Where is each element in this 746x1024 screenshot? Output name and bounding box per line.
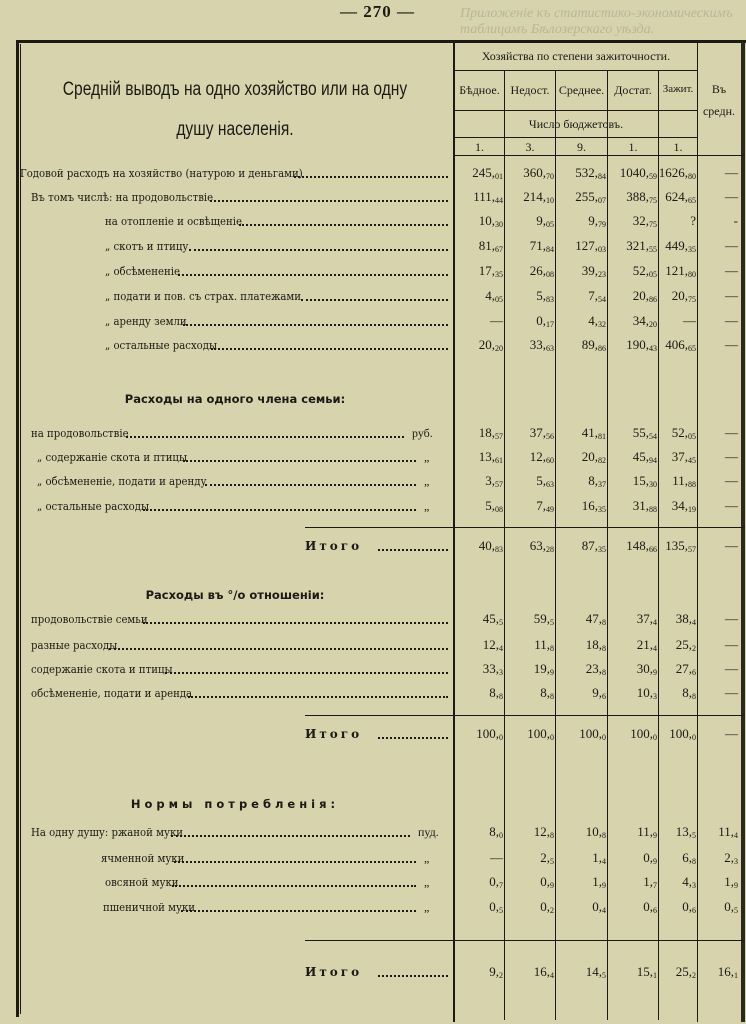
decimal-subscript: 8	[602, 668, 606, 677]
decimal-subscript: 54	[649, 432, 657, 441]
table-cell: 1,9	[724, 874, 738, 890]
table-cell: 19,9	[534, 661, 554, 677]
decimal-subscript: 8	[550, 692, 554, 701]
budget-count: 1.	[608, 140, 658, 155]
column-header-insufficient: Недост.	[505, 83, 555, 98]
table-cell: 111,44	[473, 189, 503, 205]
unit-label: пуд.	[418, 825, 439, 840]
table-cell: —	[725, 611, 738, 627]
table-cell: —	[725, 263, 738, 279]
decimal-subscript: 20	[649, 320, 657, 329]
unit-label: „	[424, 474, 429, 489]
decimal-subscript: 17	[546, 320, 554, 329]
table-cell: 4,32	[588, 313, 606, 329]
table-cell: 18,57	[479, 425, 503, 441]
total-rule	[305, 715, 745, 716]
table-cell: —	[490, 313, 503, 329]
decimal-subscript: 79	[598, 220, 606, 229]
header-rule	[455, 155, 745, 156]
table-cell: 20,82	[582, 449, 606, 465]
decimal-subscript: 56	[546, 432, 554, 441]
decimal-subscript: 65	[688, 196, 696, 205]
table-cell: —	[490, 850, 503, 866]
table-cell: —	[725, 449, 738, 465]
unit-label: руб.	[412, 426, 433, 441]
decimal-subscript: 57	[495, 432, 503, 441]
decimal-subscript: 45	[688, 456, 696, 465]
unit-label: „	[424, 900, 429, 915]
table-cell: 34,19	[672, 498, 696, 514]
decimal-subscript: 9	[550, 668, 554, 677]
table-cell: 30,9	[637, 661, 657, 677]
table-cell: 33,63	[530, 337, 554, 353]
decimal-subscript: 05	[688, 432, 696, 441]
leader-dots	[183, 450, 416, 462]
total-cell: 100,0	[630, 726, 657, 742]
leader-dots	[211, 338, 448, 350]
table-cell: 16,35	[582, 498, 606, 514]
decimal-subscript: 0	[499, 733, 503, 742]
row-label: „ обсѣмененіе, подати и аренду	[37, 474, 206, 488]
decimal-subscript: 2	[692, 644, 696, 653]
section-heading: Расходы въ °/о отношеніи:	[20, 588, 450, 602]
decimal-subscript: 05	[649, 270, 657, 279]
decimal-subscript: 8	[602, 644, 606, 653]
table-cell: 33,3	[483, 661, 503, 677]
table-cell: 8,8	[489, 685, 503, 701]
decimal-subscript: 82	[598, 456, 606, 465]
decimal-subscript: 4	[602, 857, 606, 866]
table-cell: 45,94	[633, 449, 657, 465]
decimal-subscript: 70	[546, 172, 554, 181]
table-cell: —	[725, 238, 738, 254]
table-cell: 15,30	[633, 473, 657, 489]
decimal-subscript: 30	[649, 480, 657, 489]
decimal-subscript: 88	[688, 480, 696, 489]
table-cell: 20,20	[479, 337, 503, 353]
unit-label: „	[424, 499, 429, 514]
column-divider	[607, 70, 608, 1020]
decimal-subscript: 84	[598, 172, 606, 181]
decimal-subscript: 0	[692, 733, 696, 742]
leader-dots	[174, 851, 416, 863]
decimal-subscript: 65	[688, 344, 696, 353]
decimal-subscript: 6	[602, 692, 606, 701]
row-label: На одну душу: ржаной муки	[31, 825, 183, 839]
table-cell: 11,88	[672, 473, 696, 489]
table-cell: 12,60	[530, 449, 554, 465]
leader-dots	[239, 214, 448, 226]
decimal-subscript: 01	[495, 172, 503, 181]
table-cell: 10,3	[637, 685, 657, 701]
table-cell: 360,70	[523, 165, 554, 181]
decimal-subscript: 0	[499, 831, 503, 840]
table-cell: —	[725, 685, 738, 701]
leader-dots	[189, 239, 448, 251]
leader-dots	[205, 474, 416, 486]
decimal-subscript: 66	[649, 545, 657, 554]
decimal-subscript: 20	[495, 344, 503, 353]
table-cell: —	[725, 288, 738, 304]
decimal-subscript: 4	[499, 644, 503, 653]
decimal-subscript: 2	[499, 971, 503, 980]
row-label: „ обсѣмененіе	[105, 264, 180, 278]
unit-label: „	[424, 450, 429, 465]
table-cell: 127,03	[575, 238, 606, 254]
decimal-subscript: 03	[598, 245, 606, 254]
table-cell: 21,4	[637, 637, 657, 653]
row-label: содержаніе скота и птицы	[31, 662, 173, 676]
table-cell: 255,07	[575, 189, 606, 205]
leader-dots	[378, 539, 448, 551]
leader-dots	[171, 825, 410, 837]
table-cell: 532,84	[575, 165, 606, 181]
table-cell: 5,63	[536, 473, 554, 489]
table-cell: 5,83	[536, 288, 554, 304]
decimal-subscript: 44	[495, 196, 503, 205]
table-cell: 38,4	[676, 611, 696, 627]
bleed-through-text: Приложеніе къ статистико-экономическимъ …	[460, 6, 740, 38]
total-label: Итого	[305, 727, 362, 741]
column-header-poor: Бѣдное.	[455, 83, 504, 98]
decimal-subscript: 88	[649, 505, 657, 514]
column-header-middle: Среднее.	[556, 83, 607, 98]
total-label: Итого	[305, 965, 362, 979]
leader-dots	[183, 314, 448, 326]
table-cell: 59,5	[534, 611, 554, 627]
decimal-subscript: 08	[495, 505, 503, 514]
row-label: на отопленіе и освѣщеніе	[105, 214, 242, 228]
table-cell: 71,84	[530, 238, 554, 254]
table-cell: 190,43	[626, 337, 657, 353]
table-cell: 13,61	[479, 449, 503, 465]
decimal-subscript: 05	[546, 220, 554, 229]
table-cell: 7,49	[536, 498, 554, 514]
total-cell: 16,1	[718, 964, 738, 980]
total-rule	[305, 940, 745, 941]
total-cell: 87,35	[582, 538, 606, 554]
leader-dots	[210, 190, 448, 202]
decimal-subscript: 35	[495, 270, 503, 279]
table-cell: —	[725, 313, 738, 329]
row-label: „ аренду земли	[105, 314, 187, 328]
table-cell: —	[683, 313, 696, 329]
decimal-subscript: 83	[546, 295, 554, 304]
decimal-subscript: 4	[653, 644, 657, 653]
group-header: Хозяйства по степени зажиточности.	[455, 49, 697, 64]
page-number: — 270 —	[340, 2, 415, 22]
decimal-subscript: 7	[499, 881, 503, 890]
table-cell: 32,75	[633, 213, 657, 229]
table-cell: 37,45	[672, 449, 696, 465]
decimal-subscript: 8	[550, 644, 554, 653]
decimal-subscript: 30	[495, 220, 503, 229]
unit-label: „	[424, 875, 429, 890]
table-cell: 9,05	[536, 213, 554, 229]
table-cell: 4,3	[682, 874, 696, 890]
row-label: на продовольствіе	[31, 426, 129, 440]
row-label: „ скотъ и птицу	[105, 239, 188, 253]
column-divider	[697, 42, 698, 1022]
decimal-subscript: 3	[653, 692, 657, 701]
decimal-subscript: 4	[692, 618, 696, 627]
decimal-subscript: 84	[546, 245, 554, 254]
table-cell: 20,75	[672, 288, 696, 304]
section-heading: Нормы потребленія:	[20, 797, 450, 811]
unit-label: „	[424, 851, 429, 866]
decimal-subscript: 57	[495, 480, 503, 489]
table-cell: 55,54	[633, 425, 657, 441]
table-cell: 7,54	[588, 288, 606, 304]
leader-dots	[378, 965, 448, 977]
table-cell: 27,6	[676, 661, 696, 677]
row-label: продовольствіе семьи	[31, 612, 148, 626]
table-cell: 3,57	[485, 473, 503, 489]
table-cell: 5,08	[485, 498, 503, 514]
total-cell: 9,2	[489, 964, 503, 980]
total-cell: 148,66	[626, 538, 657, 554]
table-cell: 23,8	[586, 661, 606, 677]
table-cell: 1040,59	[620, 165, 657, 181]
table-cell: 0,2	[540, 899, 554, 915]
decimal-subscript: 8	[499, 692, 503, 701]
table-cell: 0,5	[489, 899, 503, 915]
row-label: „ остальные расходы	[105, 338, 217, 352]
total-cell: 15,1	[637, 964, 657, 980]
table-cell: 45,5	[483, 611, 503, 627]
decimal-subscript: 5	[602, 971, 606, 980]
table-cell: 121,80	[665, 263, 696, 279]
decimal-subscript: 5	[734, 906, 738, 915]
table-cell: —	[725, 189, 738, 205]
decimal-subscript: 75	[688, 295, 696, 304]
table-cell: 11,8	[534, 637, 554, 653]
decimal-subscript: 83	[495, 545, 503, 554]
leader-dots	[143, 612, 448, 624]
decimal-subscript: 10	[546, 196, 554, 205]
decimal-subscript: 63	[546, 344, 554, 353]
decimal-subscript: 8	[692, 692, 696, 701]
decimal-subscript: 81	[598, 432, 606, 441]
decimal-subscript: 61	[495, 456, 503, 465]
total-cell: 40,83	[479, 538, 503, 554]
table-cell: —	[725, 637, 738, 653]
decimal-subscript: 1	[653, 971, 657, 980]
table-cell: 10,8	[586, 824, 606, 840]
decimal-subscript: 4	[734, 831, 738, 840]
decimal-subscript: 94	[649, 456, 657, 465]
decimal-subscript: 6	[653, 906, 657, 915]
decimal-subscript: 5	[499, 906, 503, 915]
table-cell: —	[725, 661, 738, 677]
header-rule	[455, 137, 697, 138]
decimal-subscript: 8	[602, 618, 606, 627]
table-cell: 12,4	[483, 637, 503, 653]
table-top-border	[16, 40, 746, 43]
table-cell: —	[725, 337, 738, 353]
column-header-sufficient: Достат.	[608, 83, 658, 98]
table-title: Средній выводъ на одно хозяйство или на …	[63, 70, 407, 150]
decimal-subscript: 2	[692, 971, 696, 980]
decimal-subscript: 4	[550, 971, 554, 980]
table-cell: 0,5	[724, 899, 738, 915]
table-cell: 449,35	[665, 238, 696, 254]
decimal-subscript: 6	[692, 668, 696, 677]
column-divider	[658, 70, 659, 1020]
table-cell: 25,2	[676, 637, 696, 653]
leader-dots	[378, 727, 448, 739]
decimal-subscript: 59	[649, 172, 657, 181]
decimal-subscript: 63	[546, 480, 554, 489]
table-cell: 1,9	[592, 874, 606, 890]
budget-count: 9.	[556, 140, 607, 155]
decimal-subscript: 9	[550, 881, 554, 890]
column-divider	[555, 70, 556, 1020]
leader-dots	[143, 499, 416, 511]
decimal-subscript: 35	[598, 505, 606, 514]
table-cell: 9,6	[592, 685, 606, 701]
leader-dots	[301, 289, 448, 301]
leader-dots	[172, 875, 416, 887]
decimal-subscript: 28	[546, 545, 554, 554]
table-cell: 214,10	[523, 189, 554, 205]
total-rule	[305, 527, 745, 528]
decimal-subscript: 75	[649, 220, 657, 229]
table-cell: 321,55	[626, 238, 657, 254]
table-cell: 13,5	[676, 824, 696, 840]
total-cell: 25,2	[676, 964, 696, 980]
table-cell: 17,35	[479, 263, 503, 279]
table-cell: 11,9	[637, 824, 657, 840]
table-cell: 406,65	[665, 337, 696, 353]
decimal-subscript: 5	[550, 618, 554, 627]
decimal-subscript: 3	[692, 881, 696, 890]
decimal-subscript: 55	[649, 245, 657, 254]
table-cell: 0,17	[536, 313, 554, 329]
label-column-divider	[453, 42, 455, 1022]
table-cell: 20,86	[633, 288, 657, 304]
decimal-subscript: 32	[598, 320, 606, 329]
row-label: „ подати и пов. съ страх. платежами	[105, 289, 301, 303]
decimal-subscript: 80	[688, 270, 696, 279]
column-header-prosperous: Зажит.	[659, 83, 697, 95]
table-cell: —	[725, 473, 738, 489]
leader-dots	[178, 264, 448, 276]
leader-dots	[165, 662, 448, 674]
table-cell: 11,4	[718, 824, 738, 840]
decimal-subscript: 86	[598, 344, 606, 353]
row-label: разные расходы	[31, 638, 117, 652]
table-cell: 8,8	[682, 685, 696, 701]
column-header-average: Въ средн.	[699, 78, 739, 122]
total-cell: 16,4	[534, 964, 554, 980]
total-cell: 100,0	[579, 726, 606, 742]
table-cell: 6,8	[682, 850, 696, 866]
total-cell: 14,5	[586, 964, 606, 980]
decimal-subscript: 9	[653, 668, 657, 677]
decimal-subscript: 0	[602, 733, 606, 742]
table-cell: 52,05	[672, 425, 696, 441]
table-cell: 9,79	[588, 213, 606, 229]
row-label: ячменной муки	[101, 851, 184, 865]
decimal-subscript: 1	[734, 971, 738, 980]
table-cell: —	[725, 165, 738, 181]
decimal-subscript: 5	[499, 618, 503, 627]
table-cell: 89,86	[582, 337, 606, 353]
table-cell: 12,8	[534, 824, 554, 840]
decimal-subscript: 9	[734, 881, 738, 890]
table-cell: 1,7	[643, 874, 657, 890]
table-cell: 52,05	[633, 263, 657, 279]
decimal-subscript: 2	[550, 906, 554, 915]
table-cell: 0,6	[682, 899, 696, 915]
table-cell: 624,65	[665, 189, 696, 205]
table-cell: 2,5	[540, 850, 554, 866]
table-cell: 245,01	[472, 165, 503, 181]
table-cell: 8,37	[588, 473, 606, 489]
decimal-subscript: 5	[550, 857, 554, 866]
table-cell: 0,9	[643, 850, 657, 866]
decimal-subscript: 60	[546, 456, 554, 465]
decimal-subscript: 80	[688, 172, 696, 181]
leader-dots	[181, 900, 416, 912]
decimal-subscript: 43	[649, 344, 657, 353]
decimal-subscript: 0	[653, 733, 657, 742]
decimal-subscript: 08	[546, 270, 554, 279]
table-cell: 1626,80	[659, 165, 696, 181]
table-cell: 39,23	[582, 263, 606, 279]
decimal-subscript: 8	[550, 831, 554, 840]
row-label: Годовой расходъ на хозяйство (натурою и …	[20, 166, 303, 180]
section-heading: Расходы на одного члена семьи:	[20, 392, 450, 406]
decimal-subscript: 35	[688, 245, 696, 254]
decimal-subscript: 37	[598, 480, 606, 489]
table-cell: 18,8	[586, 637, 606, 653]
total-label: Итого	[305, 539, 362, 553]
table-cell: 81,67	[479, 238, 503, 254]
row-label: овсяной муки	[105, 875, 179, 889]
total-cell: 100,0	[476, 726, 503, 742]
column-divider	[504, 70, 505, 1020]
total-cell: 63,28	[530, 538, 554, 554]
decimal-subscript: 0	[550, 733, 554, 742]
leader-dots	[126, 426, 404, 438]
table-cell: 0,6	[643, 899, 657, 915]
decimal-subscript: 05	[495, 295, 503, 304]
decimal-subscript: 7	[653, 881, 657, 890]
table-cell: 26,08	[530, 263, 554, 279]
header-rule	[455, 70, 697, 71]
decimal-subscript: 75	[649, 196, 657, 205]
row-label: „ остальные расходы	[37, 499, 149, 513]
table-right-border	[741, 42, 745, 1022]
table-cell: 2,3	[724, 850, 738, 866]
table-cell: -	[734, 213, 738, 229]
total-cell: 100,0	[527, 726, 554, 742]
table-left-border	[16, 42, 19, 1017]
table-cell: 37,56	[530, 425, 554, 441]
table-cell: 34,20	[633, 313, 657, 329]
table-left-inner-border	[20, 44, 21, 1014]
row-label: Въ томъ числѣ: на продовольствіе	[31, 190, 213, 204]
table-cell: ?	[690, 213, 696, 229]
header-rule	[455, 110, 697, 111]
leader-dots	[294, 166, 448, 178]
table-cell: 0,4	[592, 899, 606, 915]
decimal-subscript: 35	[598, 545, 606, 554]
decimal-subscript: 9	[602, 881, 606, 890]
table-cell: —	[725, 425, 738, 441]
